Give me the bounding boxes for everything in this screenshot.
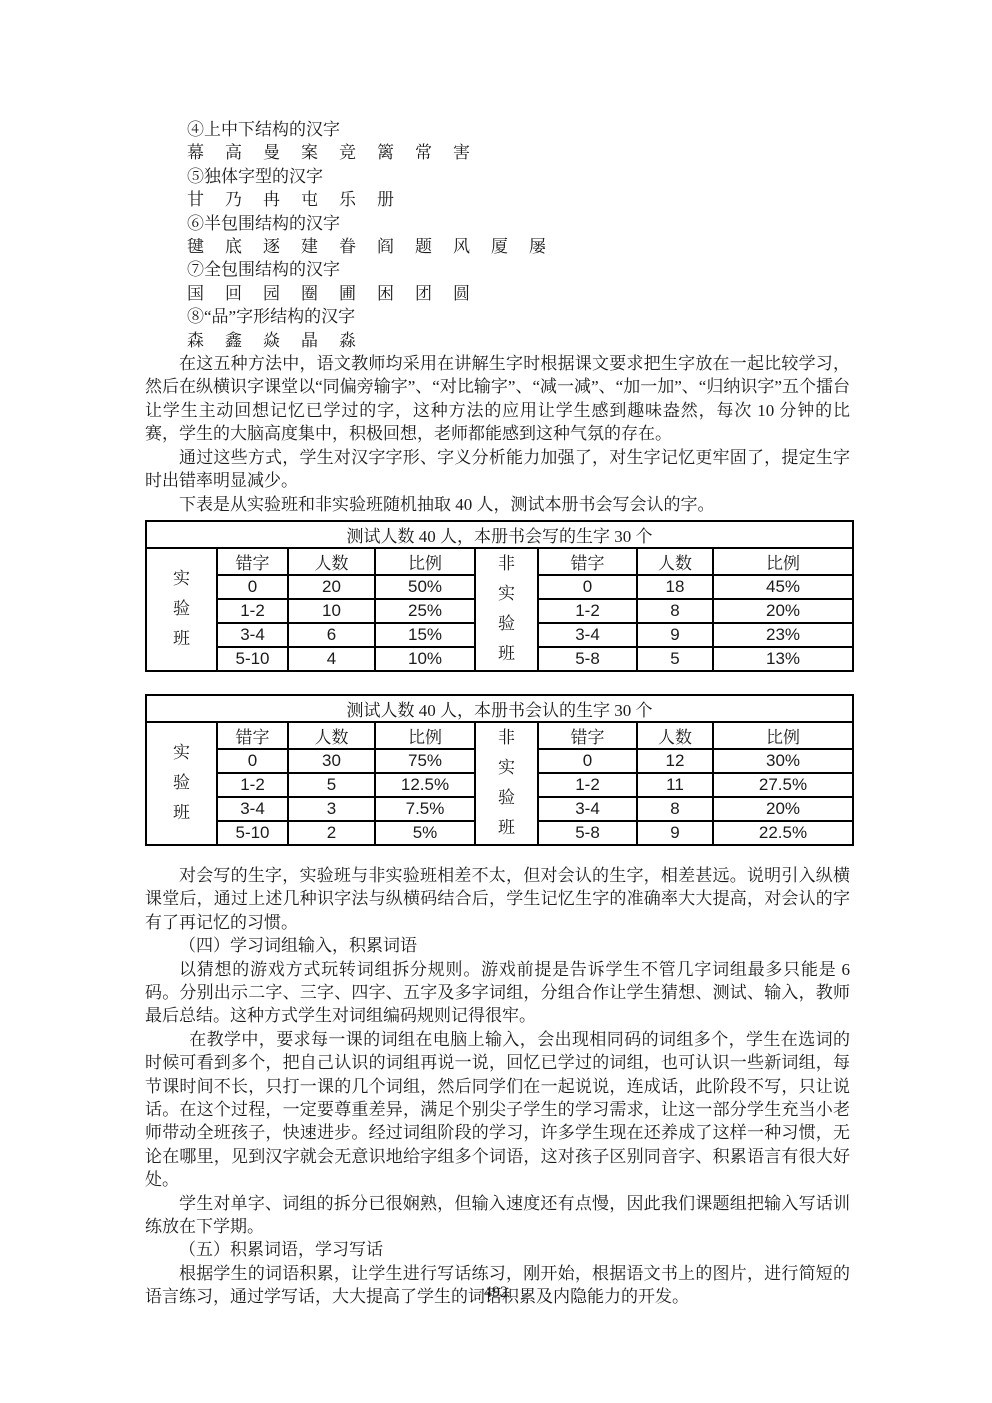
char-structure-list: ④上中下结构的汉字 幕 高 曼 案 竞 篱 常 害 ⑤独体字型的汉字 甘 乃 冉… <box>145 118 850 352</box>
experimental-class-label: 实验班 <box>146 722 217 845</box>
subheading-section-5: （五）积累词语，学习写话 <box>145 1238 850 1261</box>
column-header-ratio: 比例 <box>713 548 853 575</box>
table-title: 测试人数 40 人，本册书会写的生字 30 个 <box>146 521 853 548</box>
experimental-class-label-text: 实验班 <box>172 564 191 654</box>
table-cell: 20 <box>288 575 375 599</box>
char-examples-row-6: 毽 底 逐 建 眷 阎 题 风 厦 屡 <box>145 235 850 258</box>
table-cell: 3-4 <box>217 797 288 821</box>
column-header-ratio: 比例 <box>375 548 475 575</box>
column-header-wrong-chars: 错字 <box>217 722 288 749</box>
table-cell: 9 <box>637 623 713 647</box>
table-cell: 0 <box>538 575 637 599</box>
char-structure-heading-5: ⑤独体字型的汉字 <box>145 165 850 188</box>
table-cell: 12 <box>637 749 713 773</box>
char-examples-row-7: 国 回 园 圈 圃 困 团 圆 <box>145 282 850 305</box>
table-cell: 10 <box>288 599 375 623</box>
table-recognize-test: 测试人数 40 人，本册书会认的生字 30 个 实验班 错字 人数 比例 非实验… <box>145 694 854 846</box>
table-cell: 13% <box>713 647 853 671</box>
table-cell: 10% <box>375 647 475 671</box>
table-cell: 9 <box>637 821 713 845</box>
table-cell: 0 <box>217 749 288 773</box>
column-header-ratio: 比例 <box>713 722 853 749</box>
table-cell: 22.5% <box>713 821 853 845</box>
table-cell: 1-2 <box>217 599 288 623</box>
char-structure-heading-7: ⑦全包围结构的汉字 <box>145 258 850 281</box>
page-number: 492 <box>0 1284 992 1302</box>
paragraph-teaching-practice: 在教学中，要求每一课的词组在电脑上输入，会出现相同码的词组多个，学生在选词的时候… <box>145 1028 850 1192</box>
table-cell: 8 <box>637 797 713 821</box>
paragraph-comparison: 对会写的生字，实验班与非实验班相差不太，但对会认的生字，相差甚远。说明引入纵横课… <box>145 864 850 934</box>
table-title-row: 测试人数 40 人，本册书会认的生字 30 个 <box>146 695 853 722</box>
table-cell: 1-2 <box>538 599 637 623</box>
char-examples-row-5: 甘 乃 冉 屯 乐 册 <box>145 188 850 211</box>
table-write-test: 测试人数 40 人，本册书会写的生字 30 个 实验班 错字 人数 比例 非实验… <box>145 520 854 672</box>
table-cell: 5 <box>288 773 375 797</box>
table-cell: 20% <box>713 797 853 821</box>
table-cell: 25% <box>375 599 475 623</box>
column-header-count: 人数 <box>637 548 713 575</box>
column-header-count: 人数 <box>288 548 375 575</box>
column-header-count: 人数 <box>288 722 375 749</box>
table-cell: 50% <box>375 575 475 599</box>
char-structure-heading-6: ⑥半包围结构的汉字 <box>145 212 850 235</box>
document-page: ④上中下结构的汉字 幕 高 曼 案 竞 篱 常 害 ⑤独体字型的汉字 甘 乃 冉… <box>0 0 992 1403</box>
char-structure-heading-8: ⑧“品”字形结构的汉字 <box>145 305 850 328</box>
table-cell: 12.5% <box>375 773 475 797</box>
table-header-row: 实验班 错字 人数 比例 非实验班 错字 人数 比例 <box>146 722 853 749</box>
table-cell: 0 <box>538 749 637 773</box>
table-cell: 20% <box>713 599 853 623</box>
table-cell: 30% <box>713 749 853 773</box>
table-cell: 30 <box>288 749 375 773</box>
table-cell: 3-4 <box>538 797 637 821</box>
table-cell: 1-2 <box>217 773 288 797</box>
paragraph-results-summary: 通过这些方式，学生对汉字字形、字义分析能力加强了，对生字记忆更牢固了，提定生字时… <box>145 446 850 493</box>
table-cell: 27.5% <box>713 773 853 797</box>
table-cell: 23% <box>713 623 853 647</box>
column-header-wrong-chars: 错字 <box>538 548 637 575</box>
table-cell: 5-10 <box>217 647 288 671</box>
table-cell: 4 <box>288 647 375 671</box>
table-cell: 8 <box>637 599 713 623</box>
non-experimental-class-label: 非实验班 <box>475 548 538 671</box>
table-cell: 3-4 <box>538 623 637 647</box>
table-cell: 5-8 <box>538 821 637 845</box>
column-header-wrong-chars: 错字 <box>217 548 288 575</box>
paragraph-game-rules: 以猜想的游戏方式玩转词组拆分规则。游戏前提是告诉学生不管几字词组最多只能是 6 … <box>145 958 850 1028</box>
table-cell: 5-8 <box>538 647 637 671</box>
table-cell: 45% <box>713 575 853 599</box>
table-cell: 18 <box>637 575 713 599</box>
table-cell: 7.5% <box>375 797 475 821</box>
table-cell: 6 <box>288 623 375 647</box>
non-experimental-class-label-text: 非实验班 <box>497 723 516 843</box>
table-cell: 75% <box>375 749 475 773</box>
char-examples-row-4: 幕 高 曼 案 竞 篱 常 害 <box>145 141 850 164</box>
table-cell: 2 <box>288 821 375 845</box>
table-title: 测试人数 40 人，本册书会认的生字 30 个 <box>146 695 853 722</box>
column-header-count: 人数 <box>637 722 713 749</box>
non-experimental-class-label: 非实验班 <box>475 722 538 845</box>
table-header-row: 实验班 错字 人数 比例 非实验班 错字 人数 比例 <box>146 548 853 575</box>
table-cell: 3 <box>288 797 375 821</box>
table-cell: 5 <box>637 647 713 671</box>
subheading-section-4: （四）学习词组输入，积累词语 <box>145 934 850 957</box>
non-experimental-class-label-text: 非实验班 <box>497 549 516 669</box>
table-cell: 3-4 <box>217 623 288 647</box>
experimental-class-label-text: 实验班 <box>172 738 191 828</box>
char-structure-heading-4: ④上中下结构的汉字 <box>145 118 850 141</box>
table-cell: 15% <box>375 623 475 647</box>
table-cell: 0 <box>217 575 288 599</box>
paragraph-methods: 在这五种方法中，语文教师均采用在讲解生字时根据课文要求把生字放在一起比较学习，然… <box>145 352 850 446</box>
table-cell: 1-2 <box>538 773 637 797</box>
column-header-wrong-chars: 错字 <box>538 722 637 749</box>
table-title-row: 测试人数 40 人，本册书会写的生字 30 个 <box>146 521 853 548</box>
paragraph-table-intro: 下表是从实验班和非实验班随机抽取 40 人，测试本册书会写会认的字。 <box>145 493 850 516</box>
table-cell: 11 <box>637 773 713 797</box>
column-header-ratio: 比例 <box>375 722 475 749</box>
table-cell: 5% <box>375 821 475 845</box>
paragraph-input-speed: 学生对单字、词组的拆分已很娴熟，但输入速度还有点慢，因此我们课题组把输入写话训练… <box>145 1192 850 1239</box>
table-cell: 5-10 <box>217 821 288 845</box>
experimental-class-label: 实验班 <box>146 548 217 671</box>
char-examples-row-8: 森 鑫 焱 晶 淼 <box>145 329 850 352</box>
